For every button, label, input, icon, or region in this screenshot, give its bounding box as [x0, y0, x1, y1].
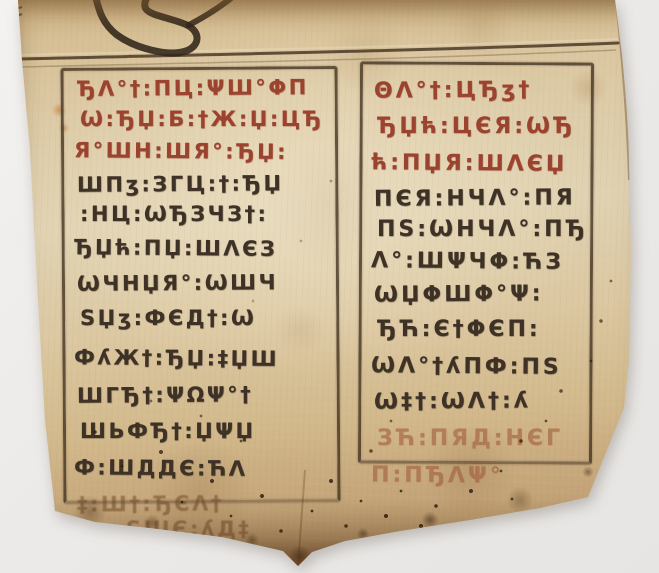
manuscript-line: ѠЏΦШΦ°Ψ: — [374, 281, 544, 307]
manuscript-line: ПЄЯ:НЧΛ°:ПЯ — [374, 185, 576, 212]
manuscript-line: Π:ПЂΛΨ° — [371, 462, 504, 488]
manuscript-line: ћ:ПЏЯ:ШΛЄЏ — [371, 150, 567, 177]
manuscript-line: ЂЏћ:ЦЄЯ:ѠЂ — [377, 114, 575, 139]
text-column-right: ΘΛ°†:ЦЂʒ† ЂЏћ:ЦЄЯ:ѠЂ ћ:ПЏЯ:ШΛЄЏ ПЄЯ:НЧΛ°… — [0, 0, 659, 573]
parchment-scroll: ЂΛ°†:ПЦ:ΨШ°ΦП Ѡ:ЂЏ:Б:†Ж:Џ:ЦЂ Я°ШН:ШЯ°:ЂЏ… — [0, 0, 659, 573]
parchment-wrap: ЂΛ°†:ПЦ:ΨШ°ΦП Ѡ:ЂЏ:Б:†Ж:Џ:ЦЂ Я°ШН:ШЯ°:ЂЏ… — [0, 0, 659, 573]
manuscript-line: ѠΛ°†ʎПФ:ПЅ — [371, 353, 562, 380]
manuscript-line: Ѡ‡†:ѠΛ†:ʎ — [374, 388, 531, 414]
manuscript-line: Λ°:ШΨЧΦ:ЋЗ — [371, 248, 564, 275]
photo-background: ЂΛ°†:ПЦ:ΨШ°ΦП Ѡ:ЂЏ:Б:†Ж:Џ:ЦЂ Я°ШН:ШЯ°:ЂЏ… — [0, 0, 659, 573]
manuscript-line: ПЅ:ѠНЧΛ°:ПЂ — [377, 217, 588, 242]
manuscript-line: ЂЋ:Є†ΦЄП: — [377, 317, 541, 342]
manuscript-line: ΘΛ°†:ЦЂʒ† — [374, 77, 533, 103]
manuscript-line: ЗЋ:ПЯД:НЄГ — [377, 426, 563, 451]
